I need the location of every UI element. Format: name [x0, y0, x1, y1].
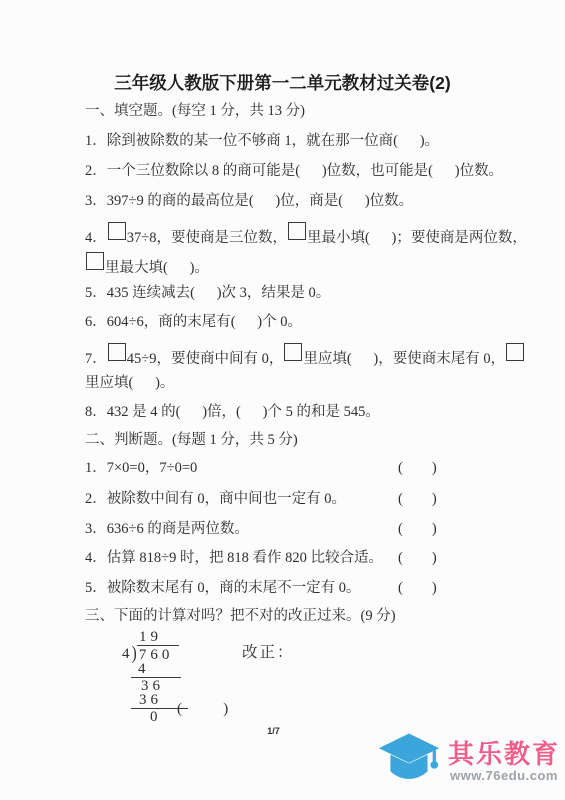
blank-box	[108, 222, 126, 240]
fill-q7-seg3: 里应填( )。	[85, 375, 174, 391]
fill-q7-seg2: 里应填( )，要使商末尾有 0，	[303, 351, 505, 367]
fill-q7-line1: 7．45÷9，要使商中间有 0，里应填( )，要使商末尾有 0，	[85, 343, 525, 369]
fill-q4-seg1: 37÷8，要使商是三位数，	[127, 230, 287, 246]
division-remainder: 0	[150, 710, 162, 725]
blank-box	[288, 222, 306, 240]
fill-q4-line2: 里最大填( )。	[85, 252, 209, 278]
fill-q4-seg2: 里最小填( )；要使商是两位数，	[307, 230, 527, 246]
blank-box	[86, 252, 104, 270]
judge-q3-answer-paren: ( )	[398, 520, 437, 539]
blank-box	[108, 343, 126, 361]
judge-q1: 1．7×0=0，7÷0=0	[85, 459, 197, 478]
section2-heading: 二、判断题。(每题 1 分，共 5 分)	[85, 431, 298, 450]
judge-q5-answer-paren: ( )	[398, 579, 437, 598]
logo-website-url: www.76edu.com	[450, 768, 558, 783]
division-main-row: 4 ) 760	[122, 645, 179, 663]
fill-q7-seg1: 45÷9，要使商中间有 0，	[127, 351, 284, 367]
division-answer-paren: ( )	[177, 702, 228, 717]
division-divisor: 4	[122, 645, 130, 662]
division-step3: 36	[139, 693, 162, 708]
blank-box	[284, 343, 302, 361]
fill-q2: 2．一个三位数除以 8 的商可能是( )位数，也可能是( )位数。	[85, 162, 503, 181]
division-bracket: )	[131, 645, 136, 662]
logo-brand-name: 其乐教育	[448, 740, 560, 768]
correction-label: 改正：	[242, 640, 295, 662]
division-step1: 4	[138, 662, 150, 677]
fill-q8: 8．432 是 4 的( )倍，( )个 5 的和是 545。	[85, 403, 380, 422]
judge-q4: 4．估算 818÷9 时，把 818 看作 820 比较合适。	[85, 549, 383, 568]
section1-heading: 一、填空题。(每空 1 分，共 13 分)	[85, 102, 305, 121]
fill-q4-line1: 4．37÷8，要使商是三位数，里最小填( )；要使商是两位数，	[85, 222, 527, 248]
logo-text-block: 其乐教育 www.76edu.com	[448, 740, 560, 783]
graduation-cap-icon	[377, 731, 441, 791]
division-quotient: 19	[139, 630, 162, 645]
fill-q1: 1．除到被除数的某一位不够商 1，就在那一位商( )。	[85, 132, 439, 151]
page-title: 三年级人教版下册第一二单元教材过关卷(2)	[0, 70, 565, 95]
judge-q5: 5．被除数末尾有 0，商的末尾不一定有 0。	[85, 579, 361, 598]
worksheet-page: 三年级人教版下册第一二单元教材过关卷(2) 一、填空题。(每空 1 分，共 13…	[0, 0, 565, 800]
fill-q3: 3．397÷9 的商的最高位是( )位，商是( )位数。	[85, 192, 413, 211]
publisher-logo: 其乐教育 www.76edu.com	[377, 731, 560, 791]
fill-q5: 5．435 连续减去( )次 3，结果是 0。	[85, 284, 330, 303]
fill-q4-seg3: 里最大填( )。	[105, 260, 209, 276]
fill-q6: 6．604÷6，商的末尾有( )个 0。	[85, 313, 302, 332]
judge-q1-answer-paren: ( )	[398, 459, 437, 478]
fill-q7-line2: 里应填( )。	[85, 374, 174, 393]
section3-heading: 三、下面的计算对吗？把不对的改正过来。(9 分)	[85, 607, 396, 626]
judge-q2: 2．被除数中间有 0，商中间也一定有 0。	[85, 490, 346, 509]
judge-q4-answer-paren: ( )	[398, 549, 437, 568]
fill-q7-number: 7．	[85, 351, 107, 367]
judge-q2-answer-paren: ( )	[398, 490, 437, 509]
fill-q4-number: 4．	[85, 230, 107, 246]
judge-q3: 3．636÷6 的商是两位数。	[85, 520, 249, 539]
blank-box	[506, 343, 524, 361]
